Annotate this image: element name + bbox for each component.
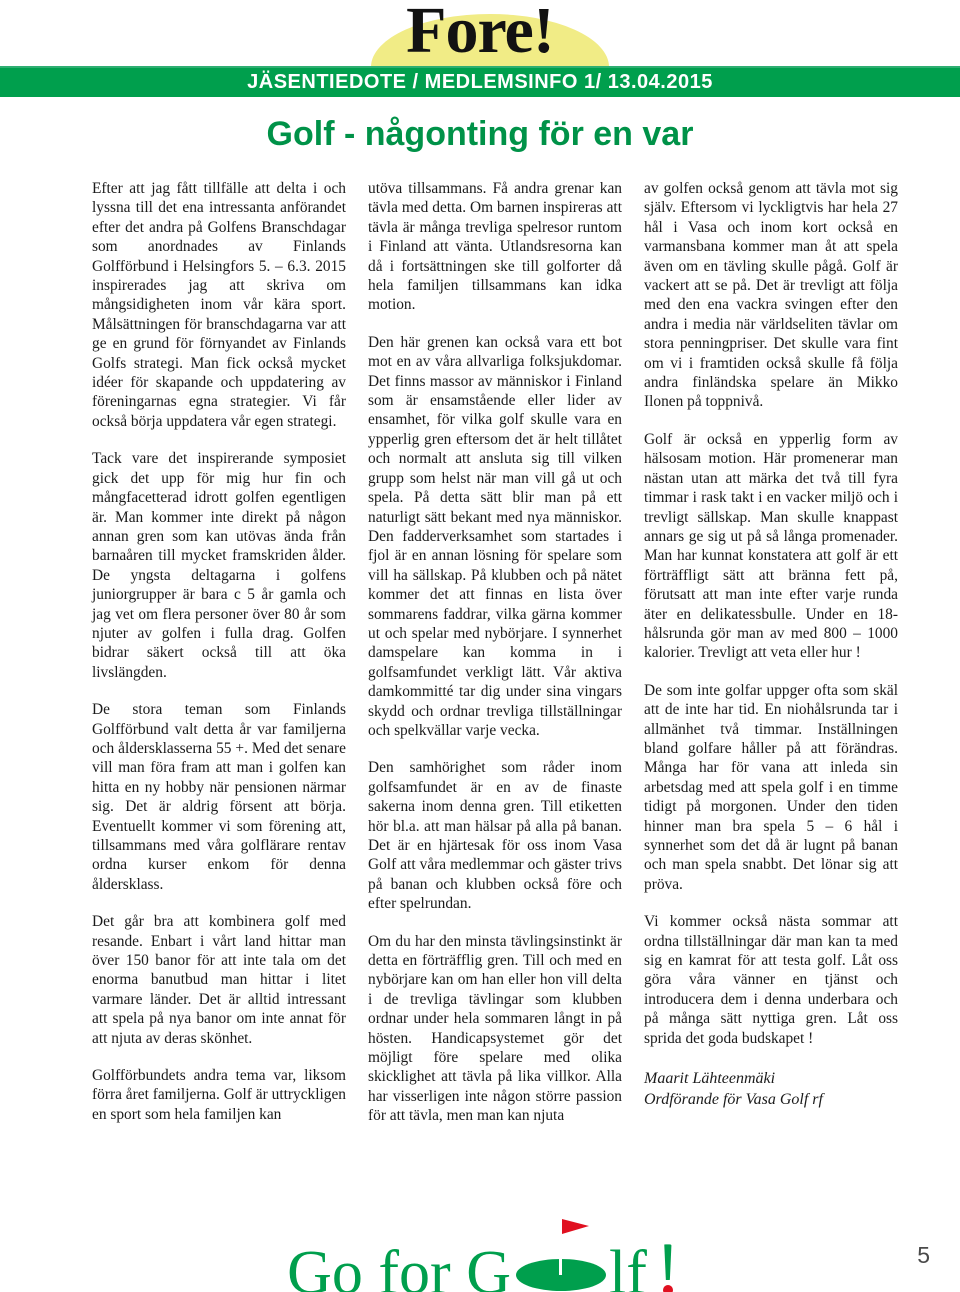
logo-text-prefix: Go for G: [287, 1249, 511, 1292]
banner-label: JÄSENTIEDOTE / MEDLEMSINFO 1/ 13.04.2015: [247, 71, 713, 94]
paragraph: De stora teman som Finlands Golfförbund …: [92, 700, 346, 894]
article-title: Golf - någonting för en var: [0, 114, 960, 154]
page-number: 5: [917, 1242, 930, 1269]
column-1: Efter att jag fått tillfälle att delta i…: [92, 179, 346, 1144]
logo-text-suffix: lf: [609, 1249, 647, 1292]
fore-logo: Fore!: [0, 0, 960, 66]
paragraph: Det går bra att kombinera golf med resan…: [92, 912, 346, 1048]
signature-name: Maarit Lähteenmäki: [644, 1068, 898, 1089]
paragraph: Vi kommer också nästa sommar att ordna t…: [644, 912, 898, 1048]
exclamation-dot: [663, 1285, 673, 1292]
paragraph: Golf är också en ypperlig form av hälsos…: [644, 430, 898, 663]
article-columns: Efter att jag fått tillfälle att delta i…: [92, 179, 898, 1144]
paragraph: Golfförbundets andra tema var, liksom fö…: [92, 1066, 346, 1124]
paragraph: utöva tillsammans. Få andra grenar kan t…: [368, 179, 622, 315]
newsletter-banner: JÄSENTIEDOTE / MEDLEMSINFO 1/ 13.04.2015: [0, 66, 960, 97]
paragraph: av golfen också genom att tävla mot sig …: [644, 179, 898, 412]
paragraph: Tack vare det inspirerande symposiet gic…: [92, 449, 346, 682]
paragraph: De som inte golfar uppger ofta som skäl …: [644, 681, 898, 894]
golf-green-flag-icon: [515, 1216, 607, 1292]
go-for-golf-logo: Go for G lf: [0, 1216, 960, 1292]
signature-block: Maarit Lähteenmäki Ordförande för Vasa G…: [644, 1068, 898, 1110]
signature-role: Ordförande för Vasa Golf rf: [644, 1089, 898, 1110]
exclamation-bar: [663, 1244, 672, 1280]
column-3: av golfen också genom att tävla mot sig …: [644, 179, 898, 1144]
paragraph: Den samhörighet som råder inom golfsamfu…: [368, 758, 622, 913]
paragraph: Om du har den minsta tävlingsinstinkt är…: [368, 932, 622, 1126]
column-2: utöva tillsammans. Få andra grenar kan t…: [368, 179, 622, 1144]
paragraph: Den här grenen kan också vara ett bot mo…: [368, 333, 622, 741]
paragraph: Efter att jag fått tillfälle att delta i…: [92, 179, 346, 431]
logo-exclamation-mark: [663, 1244, 673, 1292]
